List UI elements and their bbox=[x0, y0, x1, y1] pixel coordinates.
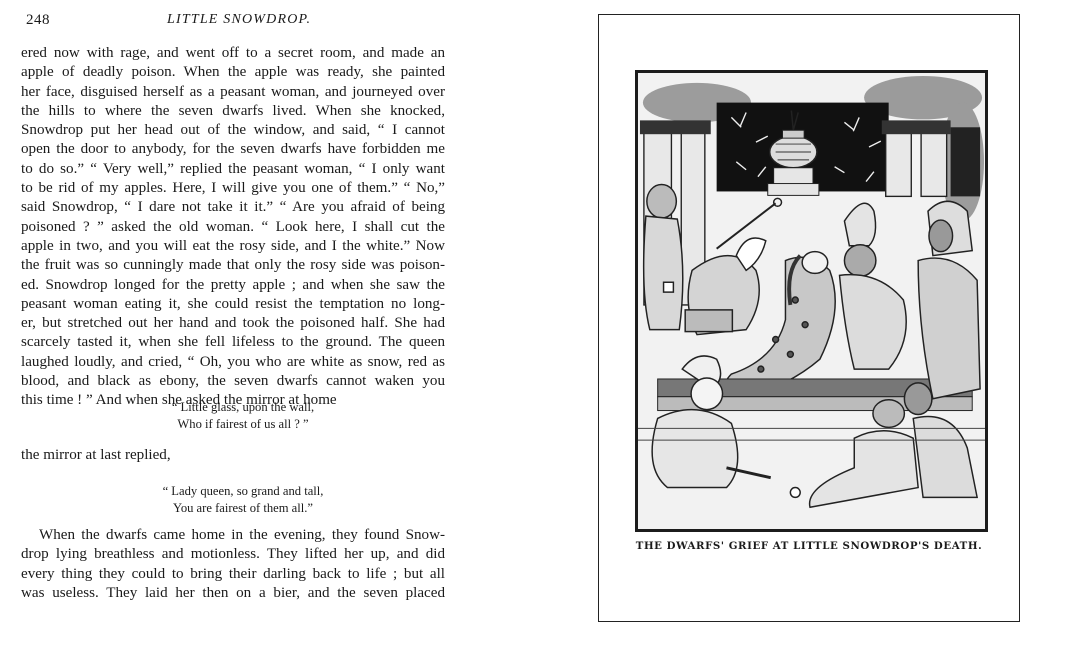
verse-line: “ Lady queen, so grand and tall, bbox=[8, 483, 478, 500]
text-line: apple in two, and you will eat the rosy … bbox=[21, 237, 445, 256]
verse-line: You are fairest of them all.” bbox=[8, 500, 478, 517]
text-line: ed. Snowdrop longed for the pretty apple… bbox=[21, 276, 445, 295]
running-head: LITTLE SNOWDROP. bbox=[167, 12, 311, 28]
text-line: was useless. They laid her then on a bie… bbox=[21, 584, 445, 603]
text-line: the fruit was so cunningly made that onl… bbox=[21, 256, 445, 275]
text-line: apple of deadly poison. When the apple w… bbox=[21, 63, 445, 82]
text-line: drop lying breathless and motionless. Th… bbox=[21, 545, 445, 564]
book-spread: 248 LITTLE SNOWDROP. ered now with rage,… bbox=[0, 0, 1071, 657]
text-line: er, but stretched out her hand and took … bbox=[21, 314, 445, 333]
engraving-illustration-icon bbox=[635, 70, 988, 532]
text-line: open the door to anybody, for the seven … bbox=[21, 140, 445, 159]
text-line: her face, disguised herself as a peasant… bbox=[21, 83, 445, 102]
text-line: blood, and black as ebony, the seven dwa… bbox=[21, 372, 445, 391]
text-line: every thing they could to bring their da… bbox=[21, 565, 445, 584]
text-line: scarcely tasted it, when she fell lifele… bbox=[21, 333, 445, 352]
verse-mirror-question: “ Little glass, upon the wall, Who if fa… bbox=[8, 399, 478, 432]
text-line: laughed loudly, and cried, “ Oh, you who… bbox=[21, 353, 445, 372]
plate-caption: THE DWARFS' GRIEF AT LITTLE SNOWDROP'S D… bbox=[598, 540, 1020, 552]
text-line: poisoned ? ” asked the old woman. “ Look… bbox=[21, 218, 445, 237]
text-line: peasant woman eating it, she could resis… bbox=[21, 295, 445, 314]
paragraph-2: the mirror at last replied, bbox=[21, 446, 445, 465]
text-line: to do so.” “ Very well,” replied the pea… bbox=[21, 160, 445, 179]
verse-line: Who if fairest of us all ? ” bbox=[8, 416, 478, 433]
text-line: said Snowdrop, “ I dare not take it it.”… bbox=[21, 198, 445, 217]
text-line: the mirror at last replied, bbox=[21, 446, 445, 465]
verse-mirror-answer: “ Lady queen, so grand and tall, You are… bbox=[8, 483, 478, 516]
verse-line: “ Little glass, upon the wall, bbox=[8, 399, 478, 416]
text-line: ered now with rage, and went off to a se… bbox=[21, 44, 445, 63]
paragraph-3: When the dwarfs came home in the evening… bbox=[21, 526, 445, 603]
dwarfs-grief-engraving-icon bbox=[638, 73, 985, 529]
page-number: 248 bbox=[26, 12, 50, 29]
text-line: Snowdrop put her head out of the window,… bbox=[21, 121, 445, 140]
paragraph-1: ered now with rage, and went off to a se… bbox=[21, 44, 445, 411]
text-line: the hills to where the seven dwarfs live… bbox=[21, 102, 445, 121]
left-page: 248 LITTLE SNOWDROP. ered now with rage,… bbox=[0, 0, 470, 657]
text-line: to be rid of my apples. Here, I will giv… bbox=[21, 179, 445, 198]
text-line: When the dwarfs came home in the evening… bbox=[21, 526, 445, 545]
